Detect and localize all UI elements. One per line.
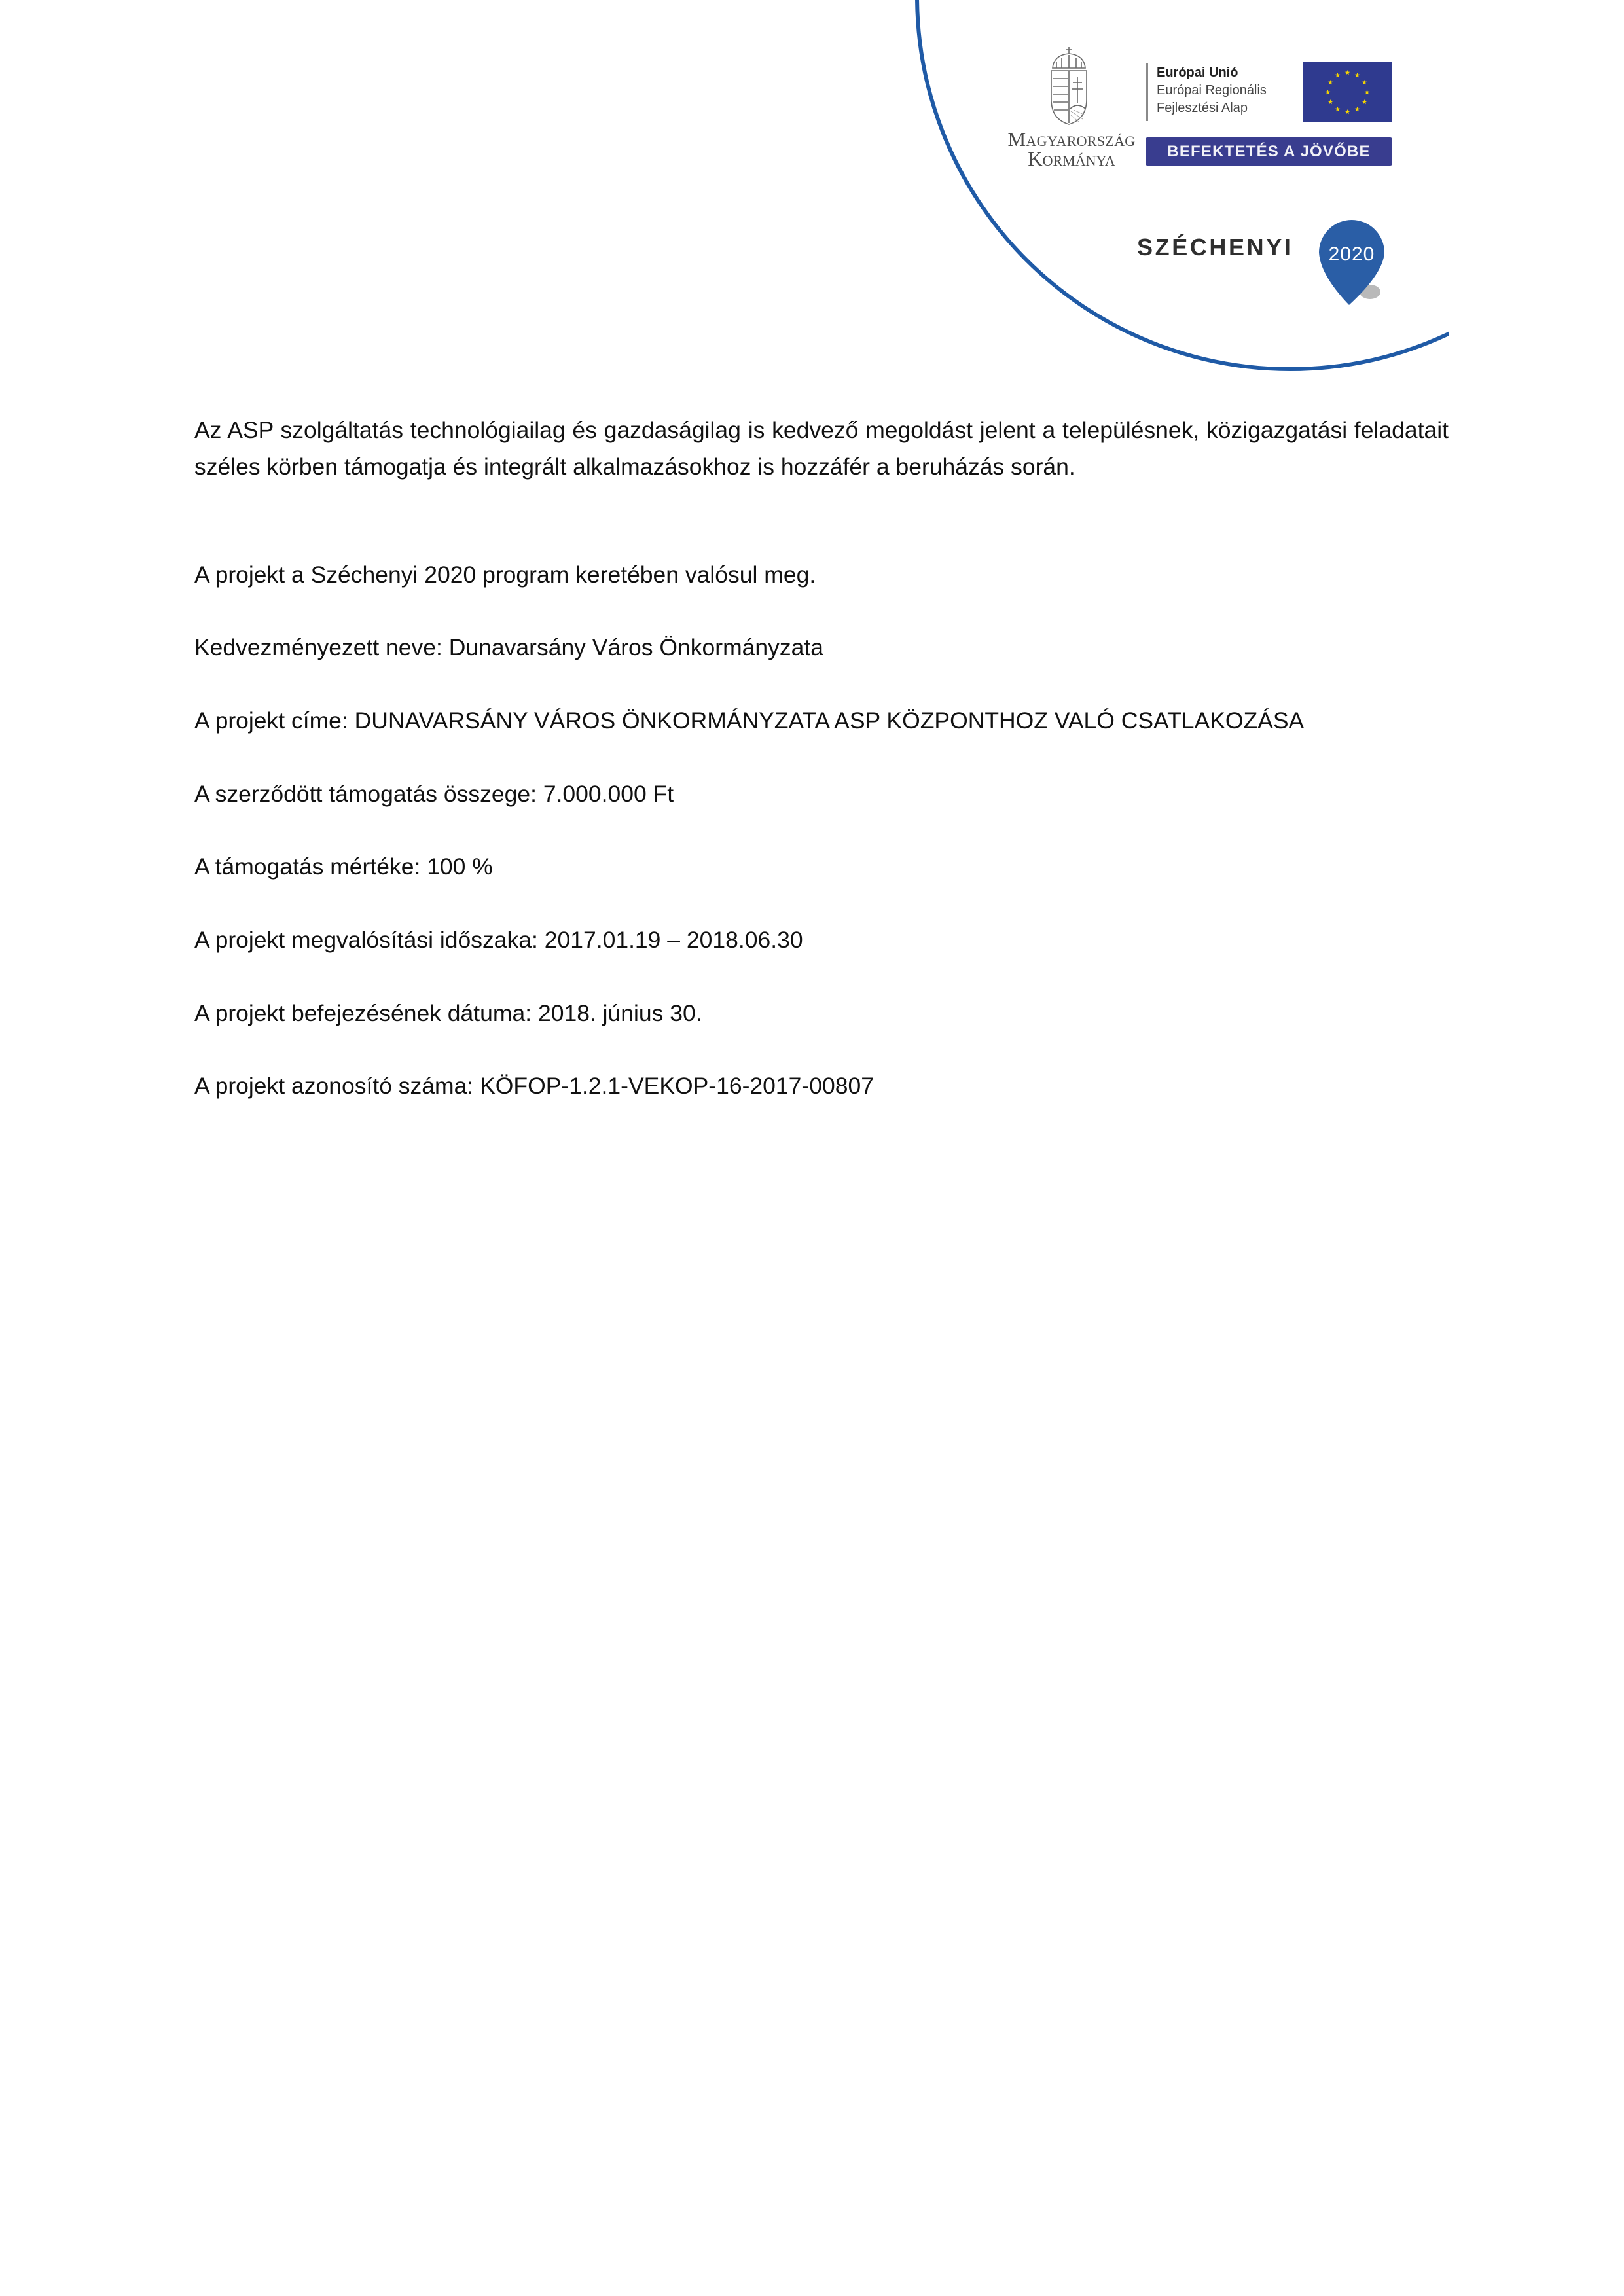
field-value: 2018. június 30.: [538, 1000, 702, 1026]
eu-fund-text: Európai Unió Európai Regionális Fejleszt…: [1157, 64, 1267, 117]
field-project-id: A projekt azonosító száma: KÖFOP-1.2.1-V…: [194, 1071, 874, 1100]
map-pin-icon: 2020: [1312, 215, 1391, 310]
field-label: A projekt azonosító száma:: [194, 1073, 473, 1099]
field-completion-date: A projekt befejezésének dátuma: 2018. jú…: [194, 999, 702, 1028]
field-label: A támogatás mértéke:: [194, 853, 420, 880]
eu-fund-line2: Fejlesztési Alap: [1157, 99, 1267, 117]
field-label: A projekt megvalósítási időszaka:: [194, 927, 538, 953]
invest-in-future-banner: BEFEKTETÉS A JÖVŐBE: [1146, 137, 1392, 166]
intro-paragraph: Az ASP szolgáltatás technológiailag és g…: [194, 412, 1449, 486]
eu-flag-icon: [1303, 62, 1392, 122]
field-beneficiary-name: Kedvezményezett neve: Dunavarsány Város …: [194, 633, 823, 662]
field-contracted-amount: A szerződött támogatás összege: 7.000.00…: [194, 780, 674, 808]
svg-text:2020: 2020: [1329, 243, 1375, 265]
field-value: 2017.01.19 – 2018.06.30: [545, 927, 803, 953]
eu-title: Európai Unió: [1157, 64, 1267, 82]
government-name: Magyarország Kormánya: [1005, 130, 1138, 169]
field-implementation-period: A projekt megvalósítási időszaka: 2017.0…: [194, 925, 803, 954]
government-name-line1: Magyarország: [1005, 130, 1138, 149]
document-page: Magyarország Kormánya Európai Unió Európ…: [0, 0, 1624, 2296]
field-support-rate: A támogatás mértéke: 100 %: [194, 852, 493, 881]
field-label: A projekt címe:: [194, 708, 348, 734]
program-sentence: A projekt a Széchenyi 2020 program keret…: [194, 560, 816, 589]
field-label: A szerződött támogatás összege:: [194, 781, 537, 807]
field-label: Kedvezményezett neve:: [194, 634, 442, 660]
eu-fund-line1: Európai Regionális: [1157, 82, 1267, 99]
field-value: DUNAVARSÁNY VÁROS ÖNKORMÁNYZATA ASP KÖZP…: [355, 708, 1305, 734]
field-value: 7.000.000 Ft: [543, 781, 674, 807]
hungarian-coat-of-arms-icon: [1047, 46, 1091, 126]
field-value: 100 %: [427, 853, 493, 880]
szechenyi-logo-text: SZÉCHENYI: [1137, 233, 1293, 262]
field-value: KÖFOP-1.2.1-VEKOP-16-2017-00807: [480, 1073, 874, 1099]
field-project-title: A projekt címe: DUNAVARSÁNY VÁROS ÖNKORM…: [194, 706, 1304, 735]
eu-logo-divider: [1146, 63, 1148, 121]
government-name-line2: Kormánya: [1005, 149, 1138, 169]
field-value: Dunavarsány Város Önkormányzata: [449, 634, 823, 660]
field-label: A projekt befejezésének dátuma:: [194, 1000, 532, 1026]
